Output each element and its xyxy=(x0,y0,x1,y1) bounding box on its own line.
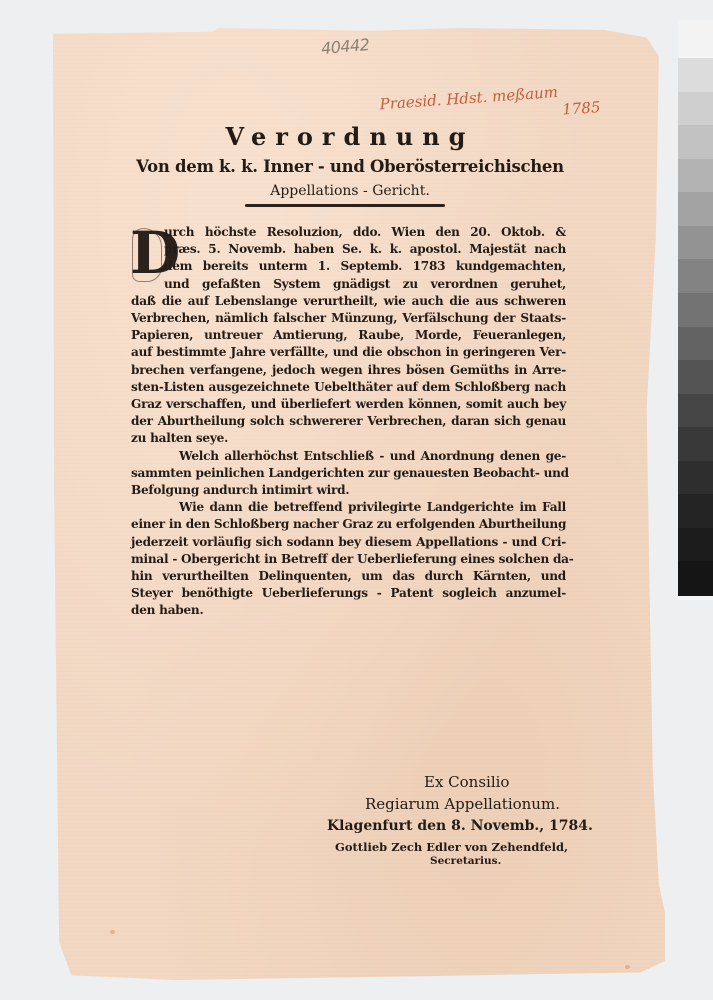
stain xyxy=(110,930,115,934)
body-line: Welch allerhöchst Entschließ - und Anord… xyxy=(131,448,566,465)
title-rule xyxy=(245,204,445,207)
body-line: sten-Listen ausgezeichnete Uebelthäter a… xyxy=(131,379,566,396)
body-line: Papieren, untreuer Amtierung, Raube, Mor… xyxy=(131,327,566,344)
gray-patch xyxy=(678,360,713,395)
body-line: und gefaßten System gnädigst zu verordne… xyxy=(131,276,566,293)
gray-patch xyxy=(678,92,713,127)
gray-patch xyxy=(678,528,713,563)
body-line: Graz verschaffen, und überliefert werden… xyxy=(131,396,566,413)
gray-patch xyxy=(678,226,713,261)
gray-patch xyxy=(678,561,713,596)
body-line: hin verurtheilten Delinquenten, um das d… xyxy=(131,568,566,585)
body-line: daß die auf Lebenslange verurtheilt, wie… xyxy=(131,293,566,310)
body-line: auf bestimmte Jahre verfällte, und die o… xyxy=(131,344,566,361)
gray-patch xyxy=(678,461,713,496)
gray-patch xyxy=(678,125,713,160)
document-title: Verordnung xyxy=(130,122,570,151)
gray-patch xyxy=(678,394,713,429)
gray-patch xyxy=(678,427,713,462)
body-line: sammten peinlichen Landgerichten zur gen… xyxy=(131,465,566,482)
gray-patch xyxy=(678,159,713,194)
closing-signatory: Gottlieb Zech Edler von Zehendfeld, xyxy=(335,840,568,854)
gray-patch xyxy=(678,58,713,93)
body-line: der Aburtheilung solch schwererer Verbre… xyxy=(131,413,566,430)
closing-place-date: Klagenfurt den 8. Novemb., 1784. xyxy=(327,818,593,834)
body-line: jederzeit vorläufig sich sodann bey dies… xyxy=(131,534,566,551)
body-line: præs. 5. Novemb. haben Se. k. k. apostol… xyxy=(131,241,566,258)
body-line: zu halten seye. xyxy=(131,430,566,447)
stain xyxy=(625,965,630,969)
body-line: Wie dann die betreffend privilegirte Lan… xyxy=(131,499,566,516)
closing-title: Secretarius. xyxy=(430,855,501,867)
body-line: urch höchste Resoluzion, ddo. Wien den 2… xyxy=(131,224,566,241)
body-line: minal - Obergericht in Betreff der Ueber… xyxy=(131,551,566,568)
body-line: Steyer benöthigte Ueberlieferungs - Pate… xyxy=(131,585,566,602)
closing-court: Regiarum Appellationum. xyxy=(365,795,560,813)
closing-ex-consilio: Ex Consilio xyxy=(424,773,509,791)
gray-patch xyxy=(678,259,713,294)
gray-patch xyxy=(678,494,713,529)
body-text: urch höchste Resoluzion, ddo. Wien den 2… xyxy=(131,224,566,620)
document-subtitle: Von dem k. k. Inner - und Oberösterreich… xyxy=(130,157,570,176)
body-line: Befolgung andurch intimirt wird. xyxy=(131,482,566,499)
gray-scale-calibration-chart xyxy=(678,20,713,600)
gray-patch xyxy=(678,327,713,362)
gray-patch xyxy=(678,293,713,328)
body-line: Verbrechen, nämlich falscher Münzung, Ve… xyxy=(131,310,566,327)
body-line: den haben. xyxy=(131,602,566,619)
gray-patch xyxy=(678,192,713,227)
document-court-name: Appellations - Gericht. xyxy=(130,183,570,199)
gray-patch xyxy=(678,20,713,58)
body-line: dem bereits unterm 1. Septemb. 1783 kund… xyxy=(131,258,566,275)
body-line: brechen verfangene, jedoch wegen ihres b… xyxy=(131,362,566,379)
body-line: einer in den Schloßberg nacher Graz zu e… xyxy=(131,516,566,533)
